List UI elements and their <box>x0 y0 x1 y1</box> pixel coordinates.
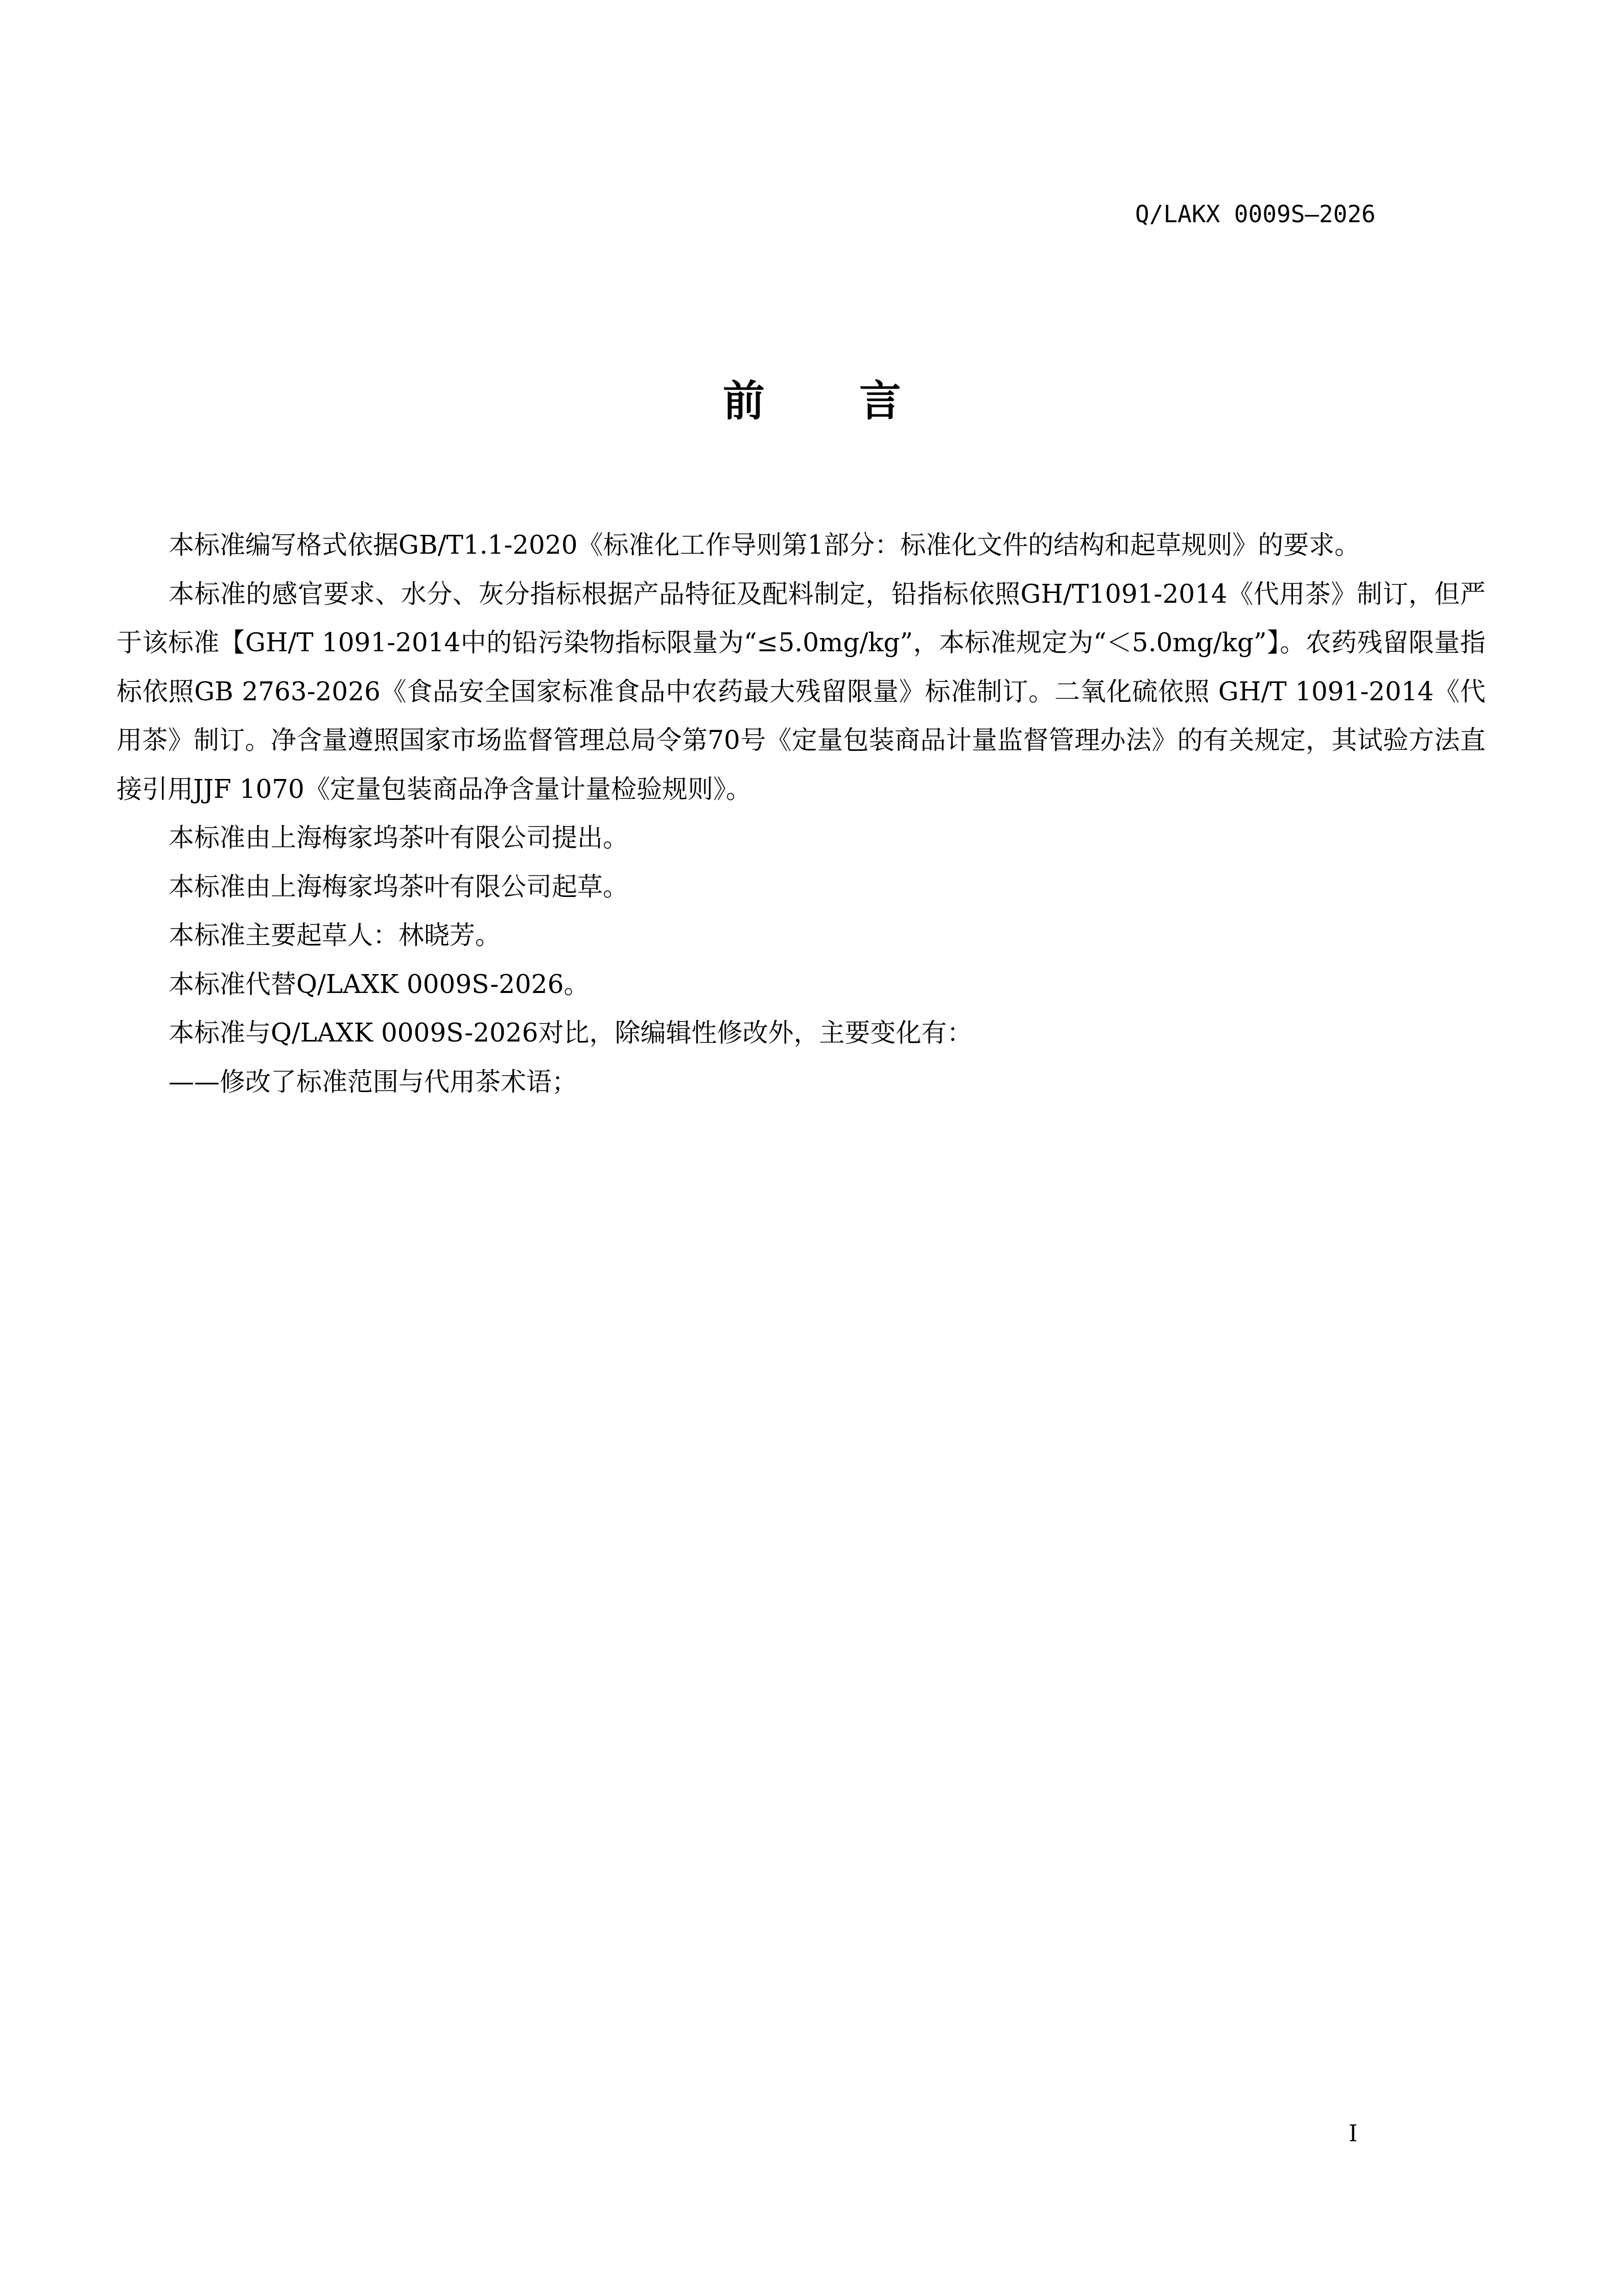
page-number: I <box>1349 2121 1357 2147</box>
page-title: 前言 <box>0 368 1624 428</box>
paragraph-format-basis: 本标准编写格式依据GB/T1.1-2020《标准化工作导则第1部分：标准化文件的… <box>116 521 1486 570</box>
paragraph-comparison: 本标准与Q/LAXK 0009S-2026对比，除编辑性修改外，主要变化有： <box>116 1009 1486 1058</box>
list-item-change: ——修改了标准范围与代用茶术语； <box>116 1058 1486 1107</box>
foreword-body: 本标准编写格式依据GB/T1.1-2020《标准化工作导则第1部分：标准化文件的… <box>116 521 1486 1106</box>
paragraph-indicator-basis: 本标准的感官要求、水分、灰分指标根据产品特征及配料制定，铅指标依照GH/T109… <box>116 570 1486 814</box>
paragraph-proposed-by: 本标准由上海梅家坞茶叶有限公司提出。 <box>116 814 1486 863</box>
paragraph-replaces: 本标准代替Q/LAXK 0009S-2026。 <box>116 960 1486 1009</box>
document-page: Q/LAKX 0009S—2026 前言 本标准编写格式依据GB/T1.1-20… <box>0 0 1624 2295</box>
paragraph-drafted-by: 本标准由上海梅家坞茶叶有限公司起草。 <box>116 863 1486 912</box>
title-char-1: 前 <box>723 368 765 428</box>
paragraph-main-drafter: 本标准主要起草人：林晓芳。 <box>116 911 1486 960</box>
title-char-2: 言 <box>859 368 901 428</box>
standard-code: Q/LAKX 0009S—2026 <box>1135 200 1376 228</box>
